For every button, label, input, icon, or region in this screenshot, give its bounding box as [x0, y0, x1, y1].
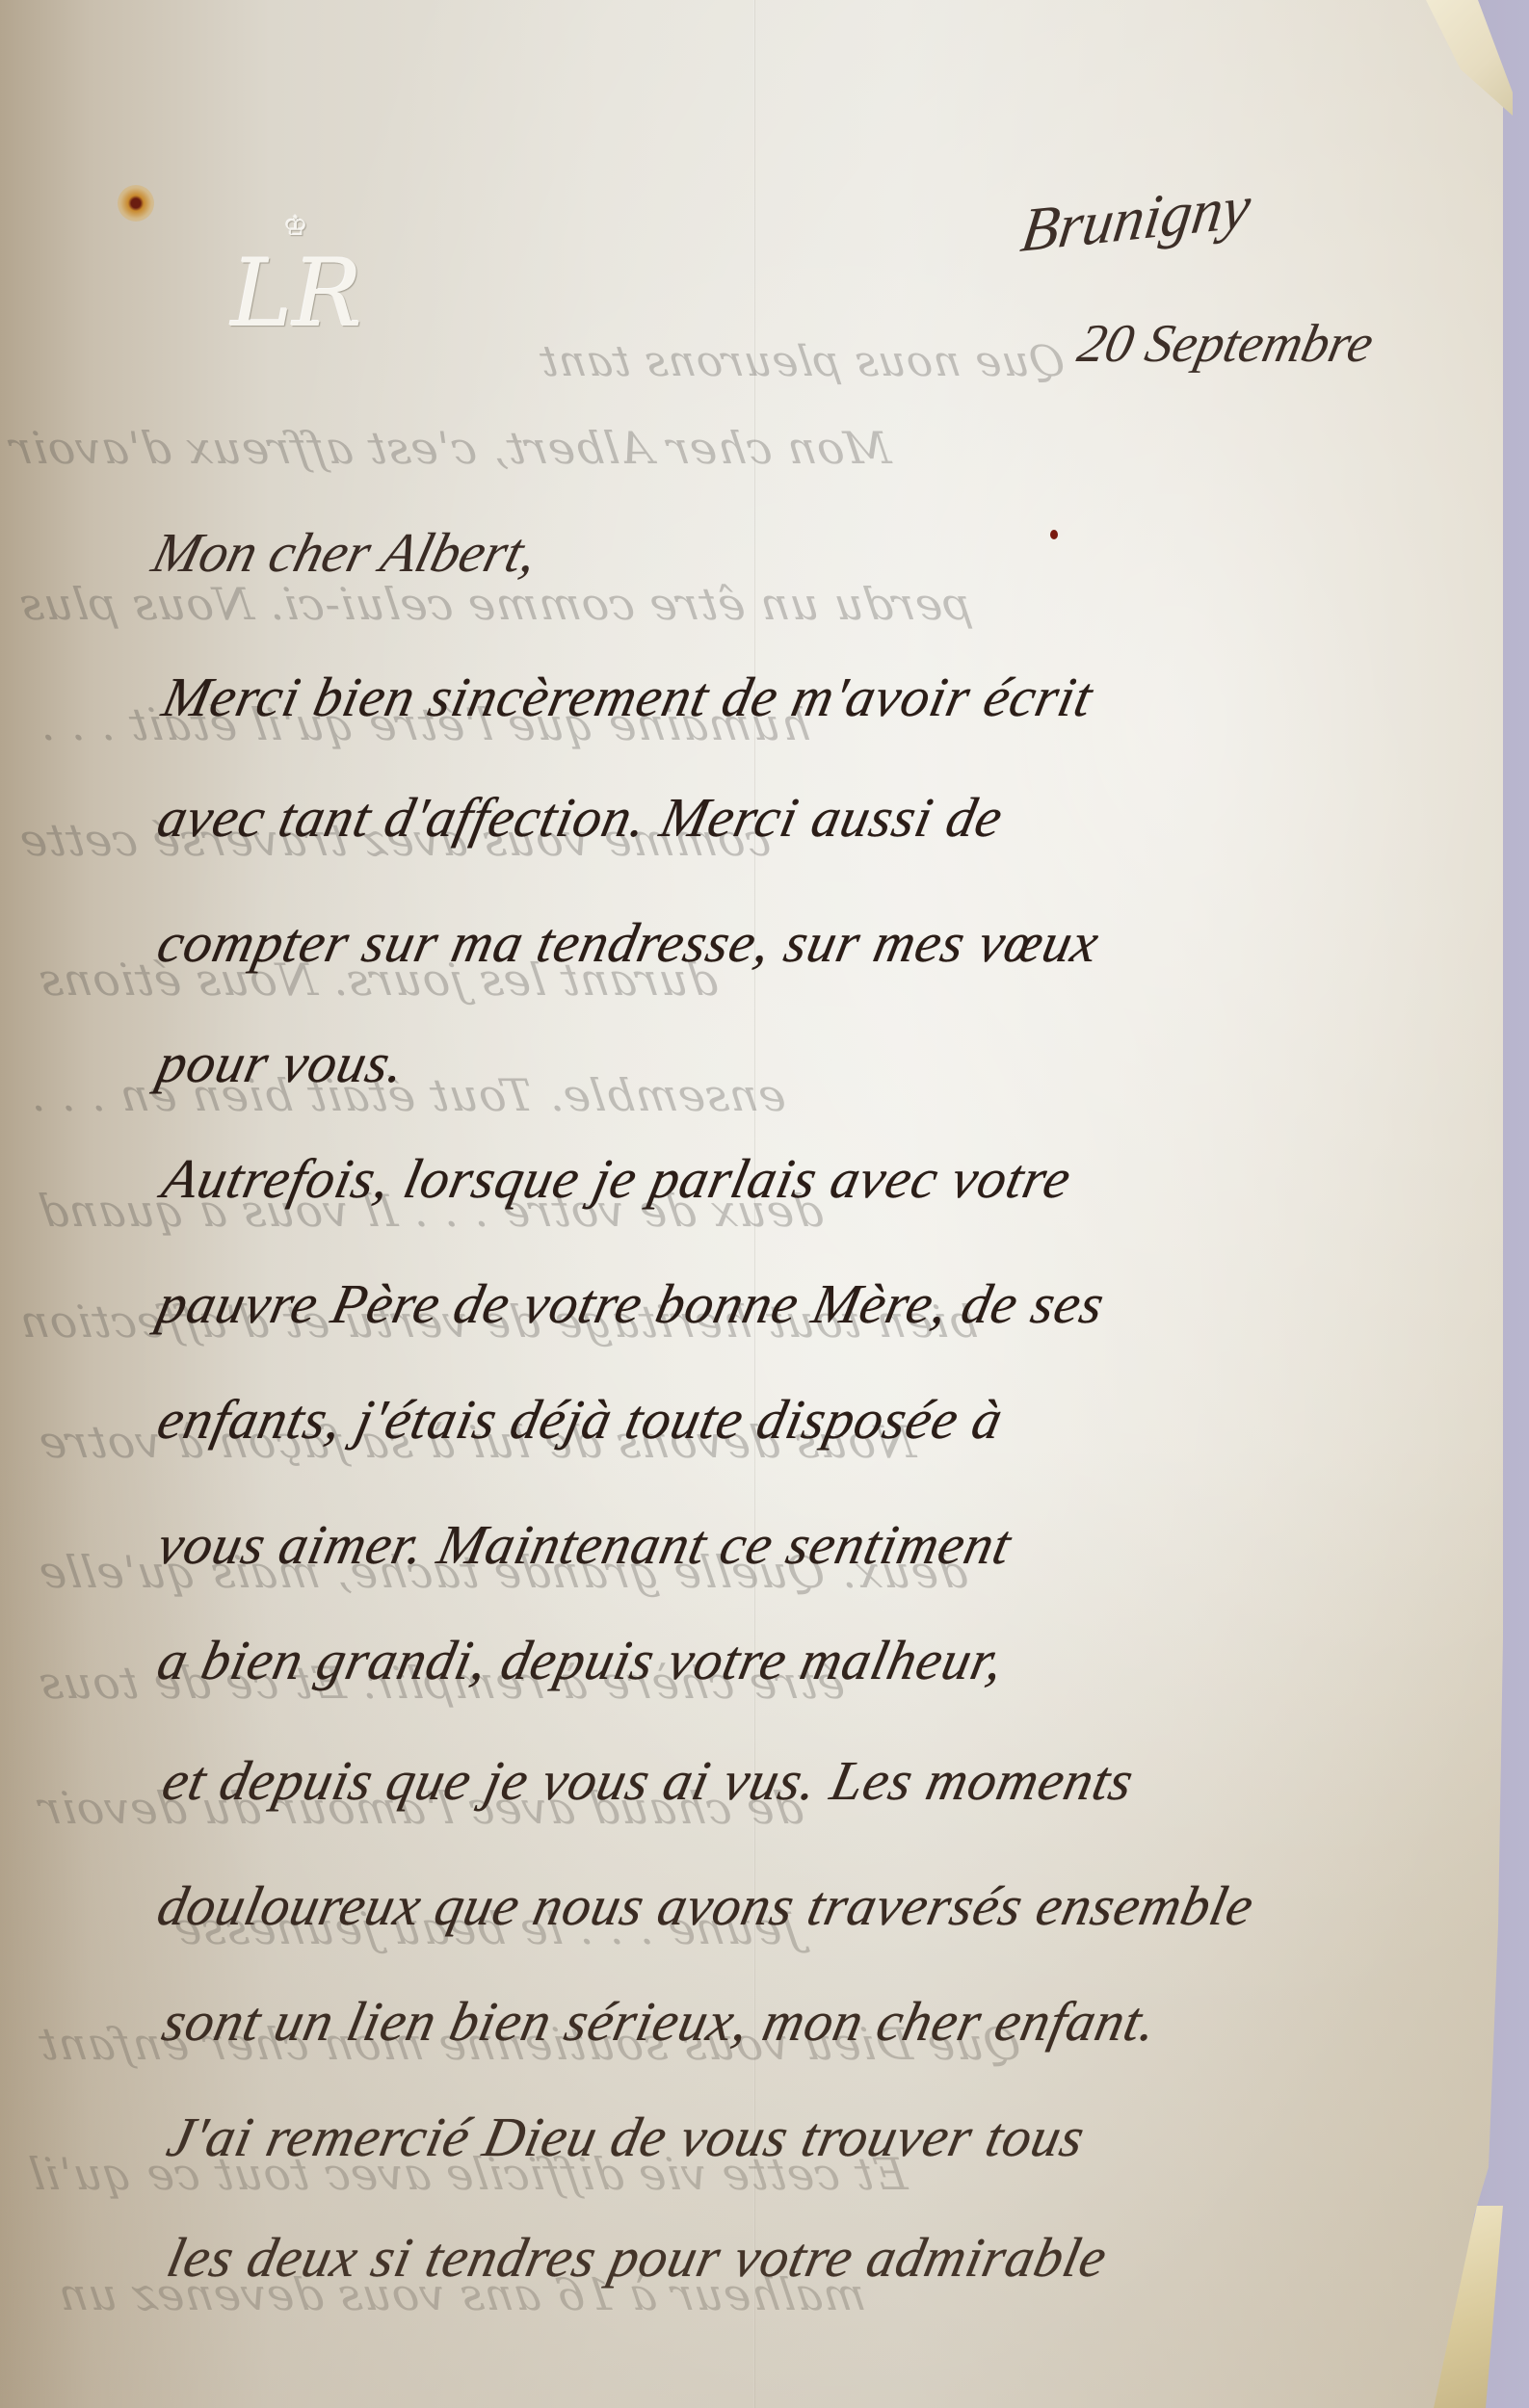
ink-dot	[1050, 530, 1058, 539]
embossed-monogram: ♔ LR	[220, 212, 374, 385]
letter-date: 20 Septembre	[1072, 313, 1379, 375]
show-through-line: perdu un être comme celui-ci. Nous plus	[15, 578, 974, 630]
letter-line: Autrefois, lorsque je parlais avec votre	[157, 1146, 1077, 1211]
letter-line: compter sur ma tendresse, sur mes vœux	[152, 910, 1105, 975]
letter-line: Merci bien sincèrement de m'avoir écrit	[157, 665, 1099, 729]
letter-salutation: Mon cher Albert,	[146, 520, 545, 585]
monogram-letters: LR	[220, 241, 374, 347]
show-through-line: ensemble. Tout était bien en . . .	[25, 1069, 788, 1121]
letter-line: enfants, j'étais déjà toute disposée à	[152, 1387, 1009, 1452]
letter-line: avec tant d'affection. Merci aussi de	[152, 785, 1009, 850]
letter-line: J'ai remercié Dieu de vous trouver tous	[162, 2105, 1091, 2169]
letter-paper: ♔ LR Que nous pleurons tant Mon cher Alb…	[0, 0, 1503, 2408]
letter-line: a bien grandi, depuis votre malheur,	[152, 1628, 1011, 1692]
letter-line: les deux si tendres pour votre admirable	[162, 2225, 1113, 2290]
letter-line: et depuis que je vous ai vus. Les moment…	[157, 1748, 1140, 1813]
letter-line: pour vous.	[152, 1031, 411, 1095]
letter-place: Brunigny	[1016, 170, 1254, 267]
show-through-line: Mon cher Albert, c'est affreux d'avoir	[6, 422, 893, 474]
ink-stain	[118, 185, 154, 222]
letter-line: pauvre Père de votre bonne Mère, de ses	[152, 1271, 1111, 1336]
letter-line: sont un lien bien sérieux, mon cher enfa…	[157, 1989, 1164, 2054]
crown-icon: ♔	[220, 212, 374, 241]
letter-line: vous aimer. Maintenant ce sentiment	[152, 1512, 1017, 1577]
letter-line: douloureux que nous avons traversés ense…	[152, 1873, 1260, 1938]
show-through-line: Que nous pleurons tant	[536, 337, 1068, 386]
